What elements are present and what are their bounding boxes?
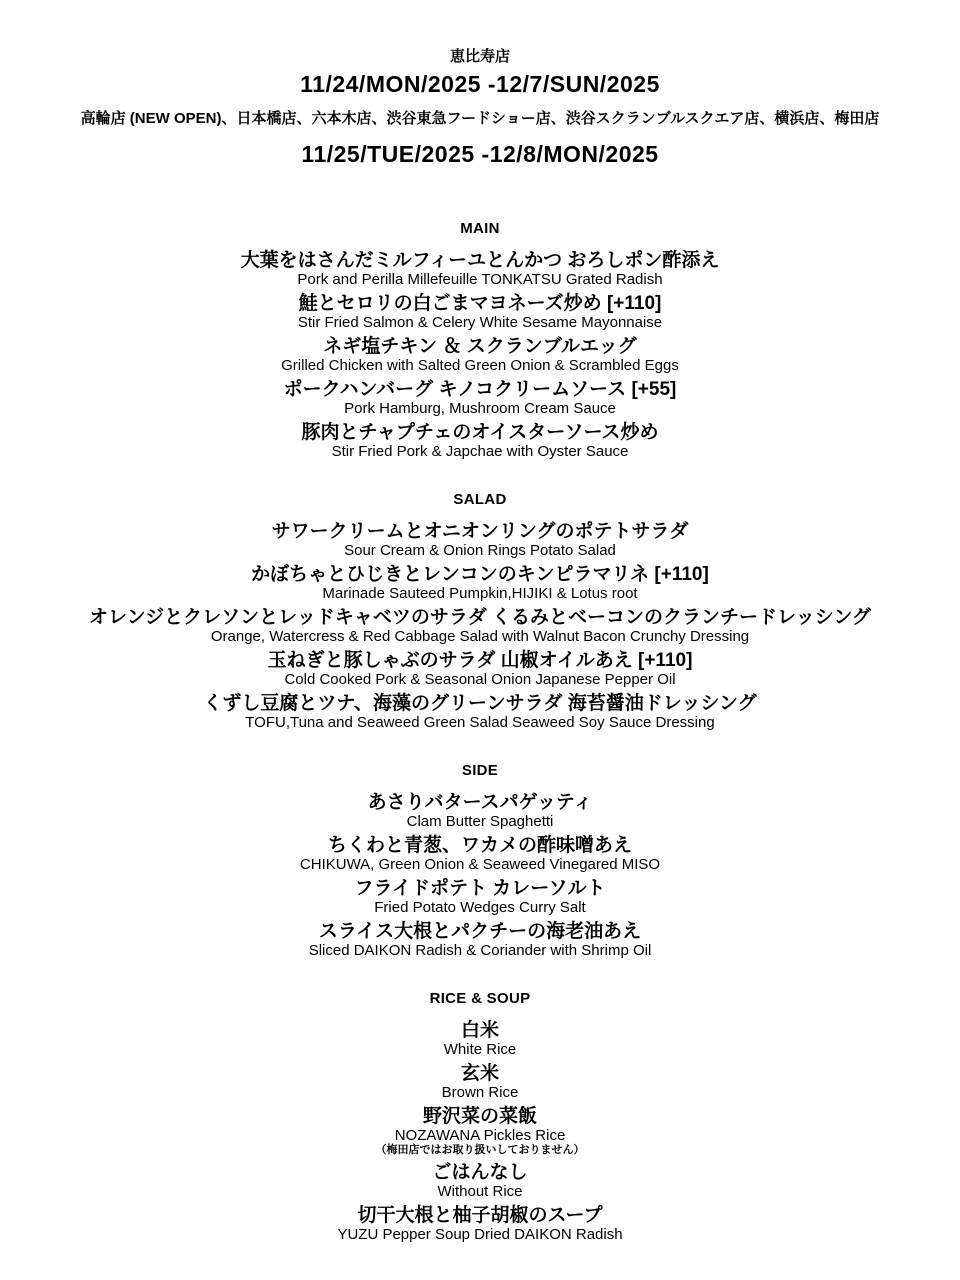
menu-item-name-jp: ごはんなし: [0, 1162, 960, 1184]
menu-item-name-en: Brown Rice: [0, 1085, 960, 1101]
menu-item-note: （梅田店ではお取り扱いしておりません）: [0, 1144, 960, 1157]
menu-item: ネギ塩チキン ＆ スクランブルエッグGrilled Chicken with S…: [0, 336, 960, 374]
menu-section: MAIN大葉をはさんだミルフィーユとんかつ おろしポン酢添えPork and P…: [0, 220, 960, 460]
menu-item: 白米White Rice: [0, 1020, 960, 1058]
menu-item-name-jp: オレンジとクレソンとレッドキャベツのサラダ くるみとベーコンのクランチードレッシ…: [0, 607, 960, 629]
menu-item-name-en: White Rice: [0, 1042, 960, 1058]
menu-item-name-jp: 白米: [0, 1020, 960, 1042]
menu-item: スライス大根とパクチーの海老油あえSliced DAIKON Radish & …: [0, 921, 960, 959]
menu-item: かぼちゃとひじきとレンコンのキンピラマリネ [+110]Marinade Sau…: [0, 564, 960, 602]
menu-item-name-jp: 玉ねぎと豚しゃぶのサラダ 山椒オイルあえ [+110]: [0, 650, 960, 672]
menu-item-name-jp: サワークリームとオニオンリングのポテトサラダ: [0, 521, 960, 543]
menu-item-name-en: Without Rice: [0, 1184, 960, 1200]
menu-item-name-jp: 大葉をはさんだミルフィーユとんかつ おろしポン酢添え: [0, 250, 960, 272]
menu-item-name-en: Stir Fried Salmon & Celery White Sesame …: [0, 315, 960, 331]
menu-item-name-jp: ちくわと青葱、ワカメの酢味噌あえ: [0, 835, 960, 857]
menu-item-name-jp: フライドポテト カレーソルト: [0, 878, 960, 900]
menu-item-name-jp: スライス大根とパクチーの海老油あえ: [0, 921, 960, 943]
menu-item-name-en: CHIKUWA, Green Onion & Seaweed Vinegared…: [0, 857, 960, 873]
section-title: MAIN: [0, 220, 960, 237]
menu-item: 豚肉とチャプチェのオイスターソース炒めStir Fried Pork & Jap…: [0, 422, 960, 460]
section-title: RICE & SOUP: [0, 990, 960, 1007]
menu-item-name-en: Cold Cooked Pork & Seasonal Onion Japane…: [0, 672, 960, 688]
menu-item: 切干大根と柚子胡椒のスープYUZU Pepper Soup Dried DAIK…: [0, 1205, 960, 1243]
menu-item: ごはんなしWithout Rice: [0, 1162, 960, 1200]
store-name: 恵比寿店: [0, 48, 960, 66]
menu-item-name-jp: 玄米: [0, 1063, 960, 1085]
menu-sections: MAIN大葉をはさんだミルフィーユとんかつ おろしポン酢添えPork and P…: [0, 220, 960, 1243]
menu-section: RICE & SOUP白米White Rice玄米Brown Rice野沢菜の菜…: [0, 990, 960, 1243]
menu-item-name-en: Sour Cream & Onion Rings Potato Salad: [0, 543, 960, 559]
menu-item: ちくわと青葱、ワカメの酢味噌あえCHIKUWA, Green Onion & S…: [0, 835, 960, 873]
section-title: SIDE: [0, 762, 960, 779]
menu-item: くずし豆腐とツナ、海藻のグリーンサラダ 海苔醤油ドレッシングTOFU,Tuna …: [0, 693, 960, 731]
menu-item: ポークハンバーグ キノコクリームソース [+55]Pork Hamburg, M…: [0, 379, 960, 417]
menu-item-name-en: Stir Fried Pork & Japchae with Oyster Sa…: [0, 444, 960, 460]
menu-item-name-en: Orange, Watercress & Red Cabbage Salad w…: [0, 629, 960, 645]
menu-item-name-en: Grilled Chicken with Salted Green Onion …: [0, 358, 960, 374]
menu-item-name-jp: 野沢菜の菜飯: [0, 1106, 960, 1128]
menu-item: サワークリームとオニオンリングのポテトサラダSour Cream & Onion…: [0, 521, 960, 559]
menu-item-name-jp: 鮭とセロリの白ごまマヨネーズ炒め [+110]: [0, 293, 960, 315]
menu-item-name-jp: 豚肉とチャプチェのオイスターソース炒め: [0, 422, 960, 444]
date-range-1: 11/24/MON/2025 -12/7/SUN/2025: [0, 71, 960, 98]
date-range-2: 11/25/TUE/2025 -12/8/MON/2025: [0, 141, 960, 168]
menu-item: 鮭とセロリの白ごまマヨネーズ炒め [+110]Stir Fried Salmon…: [0, 293, 960, 331]
menu-item-name-jp: 切干大根と柚子胡椒のスープ: [0, 1205, 960, 1227]
menu-item-name-en: TOFU,Tuna and Seaweed Green Salad Seawee…: [0, 715, 960, 731]
menu-page: 恵比寿店 11/24/MON/2025 -12/7/SUN/2025 高輪店 (…: [0, 0, 960, 1280]
menu-section: SIDEあさりバタースパゲッティClam Butter Spaghettiちくわ…: [0, 762, 960, 959]
menu-item-name-jp: かぼちゃとひじきとレンコンのキンピラマリネ [+110]: [0, 564, 960, 586]
menu-item-name-en: Clam Butter Spaghetti: [0, 814, 960, 830]
menu-item: 大葉をはさんだミルフィーユとんかつ おろしポン酢添えPork and Peril…: [0, 250, 960, 288]
menu-item: 野沢菜の菜飯NOZAWANA Pickles Rice（梅田店ではお取り扱いして…: [0, 1106, 960, 1157]
menu-item-name-en: Marinade Sauteed Pumpkin,HIJIKI & Lotus …: [0, 586, 960, 602]
menu-item-name-jp: ポークハンバーグ キノコクリームソース [+55]: [0, 379, 960, 401]
menu-item-name-en: Pork and Perilla Millefeuille TONKATSU G…: [0, 272, 960, 288]
menu-item-name-en: YUZU Pepper Soup Dried DAIKON Radish: [0, 1227, 960, 1243]
menu-item-name-en: Sliced DAIKON Radish & Coriander with Sh…: [0, 943, 960, 959]
menu-item: 玄米Brown Rice: [0, 1063, 960, 1101]
menu-item: オレンジとクレソンとレッドキャベツのサラダ くるみとベーコンのクランチードレッシ…: [0, 607, 960, 645]
menu-item-name-en: Fried Potato Wedges Curry Salt: [0, 900, 960, 916]
menu-item-name-en: Pork Hamburg, Mushroom Cream Sauce: [0, 401, 960, 417]
menu-item-name-en: NOZAWANA Pickles Rice: [0, 1128, 960, 1144]
menu-item: 玉ねぎと豚しゃぶのサラダ 山椒オイルあえ [+110]Cold Cooked P…: [0, 650, 960, 688]
store-list: 高輪店 (NEW OPEN)、日本橋店、六本木店、渋谷東急フードショー店、渋谷ス…: [0, 109, 960, 128]
section-title: SALAD: [0, 491, 960, 508]
menu-item: フライドポテト カレーソルトFried Potato Wedges Curry …: [0, 878, 960, 916]
menu-item-name-jp: ネギ塩チキン ＆ スクランブルエッグ: [0, 336, 960, 358]
menu-item-name-jp: あさりバタースパゲッティ: [0, 792, 960, 814]
menu-item: あさりバタースパゲッティClam Butter Spaghetti: [0, 792, 960, 830]
menu-section: SALADサワークリームとオニオンリングのポテトサラダSour Cream & …: [0, 491, 960, 731]
menu-item-name-jp: くずし豆腐とツナ、海藻のグリーンサラダ 海苔醤油ドレッシング: [0, 693, 960, 715]
